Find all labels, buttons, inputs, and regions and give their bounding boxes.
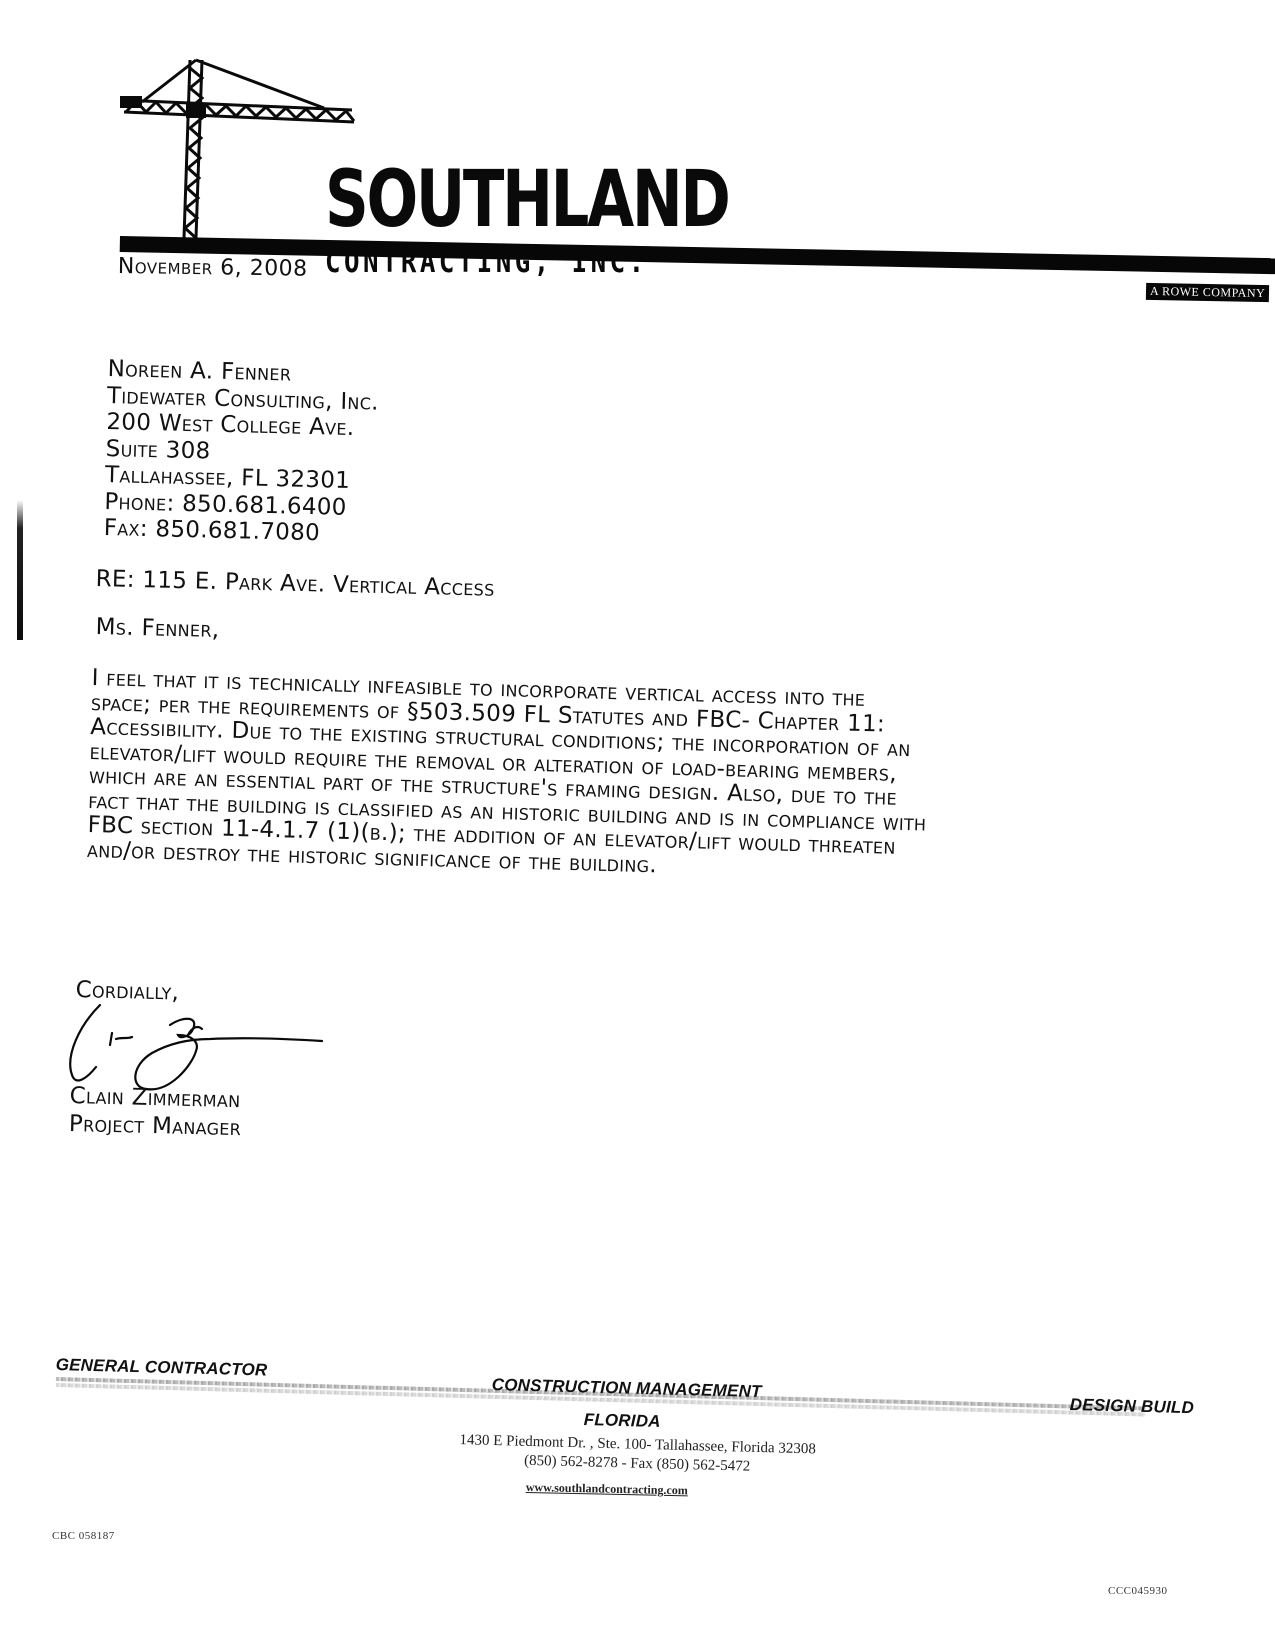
signature-icon bbox=[60, 995, 340, 1095]
footer-service-general-contractor: GENERAL CONTRACTOR bbox=[55, 1355, 267, 1381]
body-paragraph: I feel that it is technically infeasible… bbox=[87, 666, 1182, 891]
footer-website-link[interactable]: www.southlandcontracting.com bbox=[526, 1480, 688, 1498]
salutation: Ms. Fenner, bbox=[95, 614, 219, 643]
letter-date: November 6, 2008 bbox=[118, 254, 308, 282]
footer-service-design-build: DESIGN BUILD bbox=[1069, 1395, 1194, 1418]
company-logo: SOUTHLAND CONTRACTING, INC. bbox=[120, 48, 580, 248]
signer-name: Clain Zimmerman bbox=[69, 1082, 242, 1114]
license-number-left: CBC 058187 bbox=[52, 1530, 115, 1542]
signer-block: Clain Zimmerman Project Manager bbox=[69, 1082, 243, 1142]
recipient-address: Noreen A. Fenner Tidewater Consulting, I… bbox=[103, 356, 379, 548]
subject-line: RE: 115 E. Park Ave. Vertical Access bbox=[95, 566, 495, 602]
signer-title: Project Manager bbox=[69, 1110, 242, 1142]
license-number-right: CCC045930 bbox=[1108, 1585, 1168, 1597]
footer-address-block: 1430 E Piedmont Dr. , Ste. 100- Tallahas… bbox=[417, 1430, 858, 1480]
footer-state: FLORIDA bbox=[583, 1410, 660, 1432]
company-name: SOUTHLAND bbox=[325, 161, 729, 239]
scan-artifact bbox=[17, 500, 23, 640]
parent-company-tagline: A ROWE COMPANY bbox=[1146, 283, 1270, 302]
